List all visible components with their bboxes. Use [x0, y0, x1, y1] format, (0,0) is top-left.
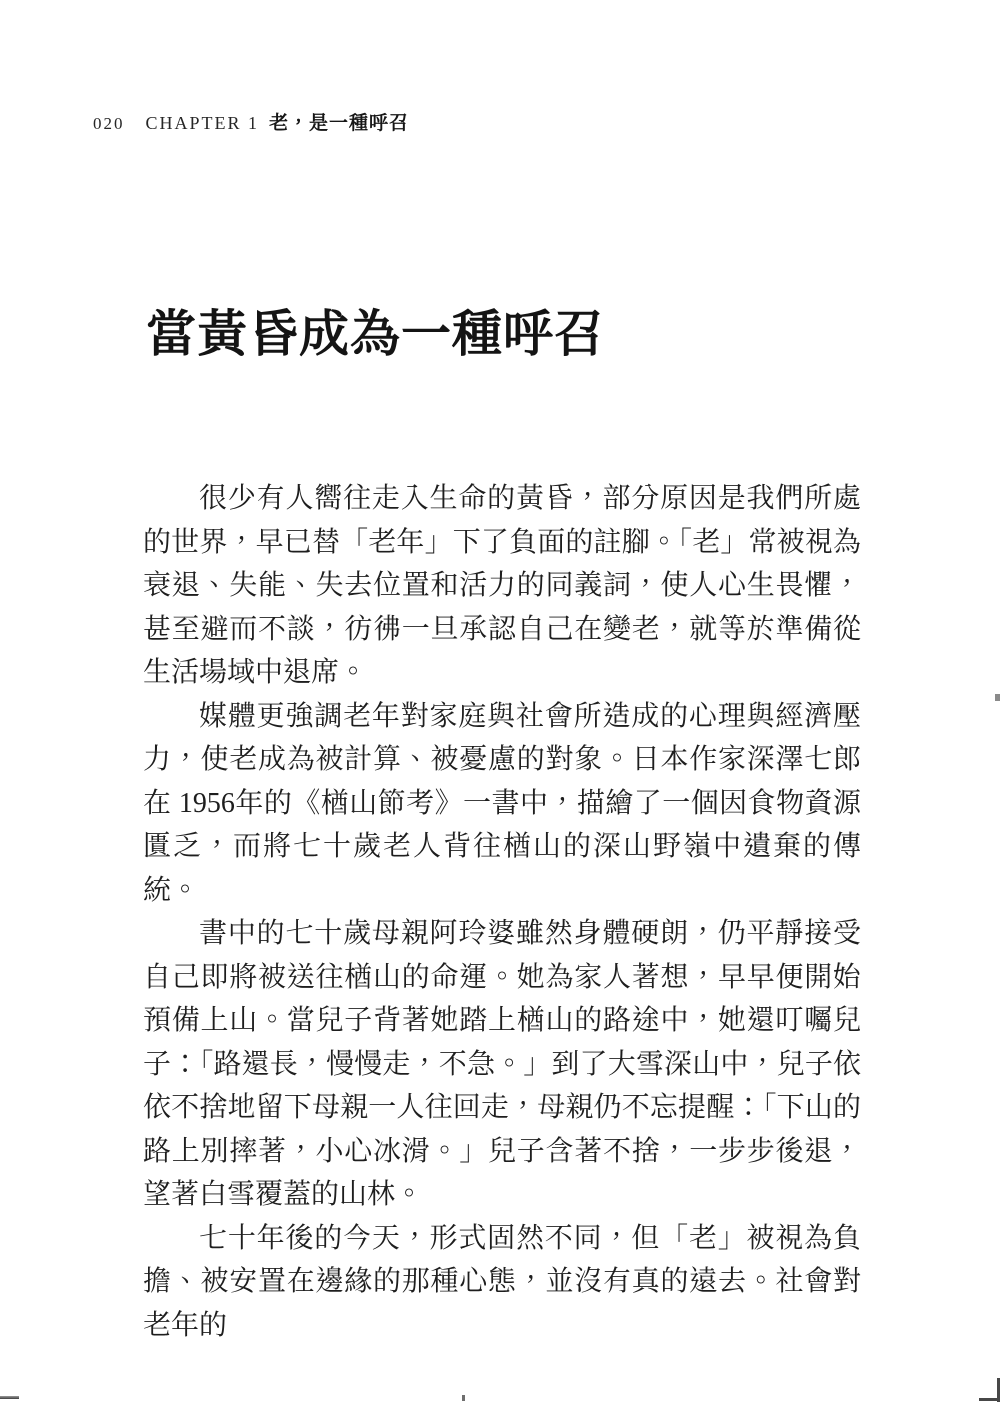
section-title: 當黃昏成為一種呼召	[146, 294, 605, 366]
crop-mark-bottom-right-horizontal	[979, 1398, 1000, 1401]
chapter-label: CHAPTER 1	[146, 113, 260, 134]
book-page: 020 CHAPTER 1 老，是一種呼召 當黃昏成為一種呼召 很少有人嚮往走入…	[0, 0, 1000, 1402]
paragraph-2: 媒體更強調老年對家庭與社會所造成的心理與經濟壓力，使老成為被計算、被憂慮的對象。…	[143, 695, 861, 913]
paragraph-4: 七十年後的今天，形式固然不同，但「老」被視為負擔、被安置在邊緣的那種心態，並沒有…	[143, 1217, 861, 1348]
scan-artifact-bottom-center	[462, 1395, 465, 1401]
page-number: 020	[93, 114, 125, 134]
running-header: 020 CHAPTER 1 老，是一種呼召	[0, 108, 1000, 135]
body-text: 很少有人嚮往走入生命的黃昏，部分原因是我們所處的世界，早已替「老年」下了負面的註…	[143, 477, 861, 1347]
chapter-title: 老，是一種呼召	[269, 108, 409, 135]
paragraph-3: 書中的七十歲母親阿玲婆雖然身體硬朗，仍平靜接受自己即將被送往楢山的命運。她為家人…	[143, 912, 861, 1217]
paragraph-1: 很少有人嚮往走入生命的黃昏，部分原因是我們所處的世界，早已替「老年」下了負面的註…	[143, 477, 861, 695]
scan-artifact-bottom-left	[0, 1396, 19, 1399]
scan-artifact-right-middle	[995, 694, 1000, 701]
